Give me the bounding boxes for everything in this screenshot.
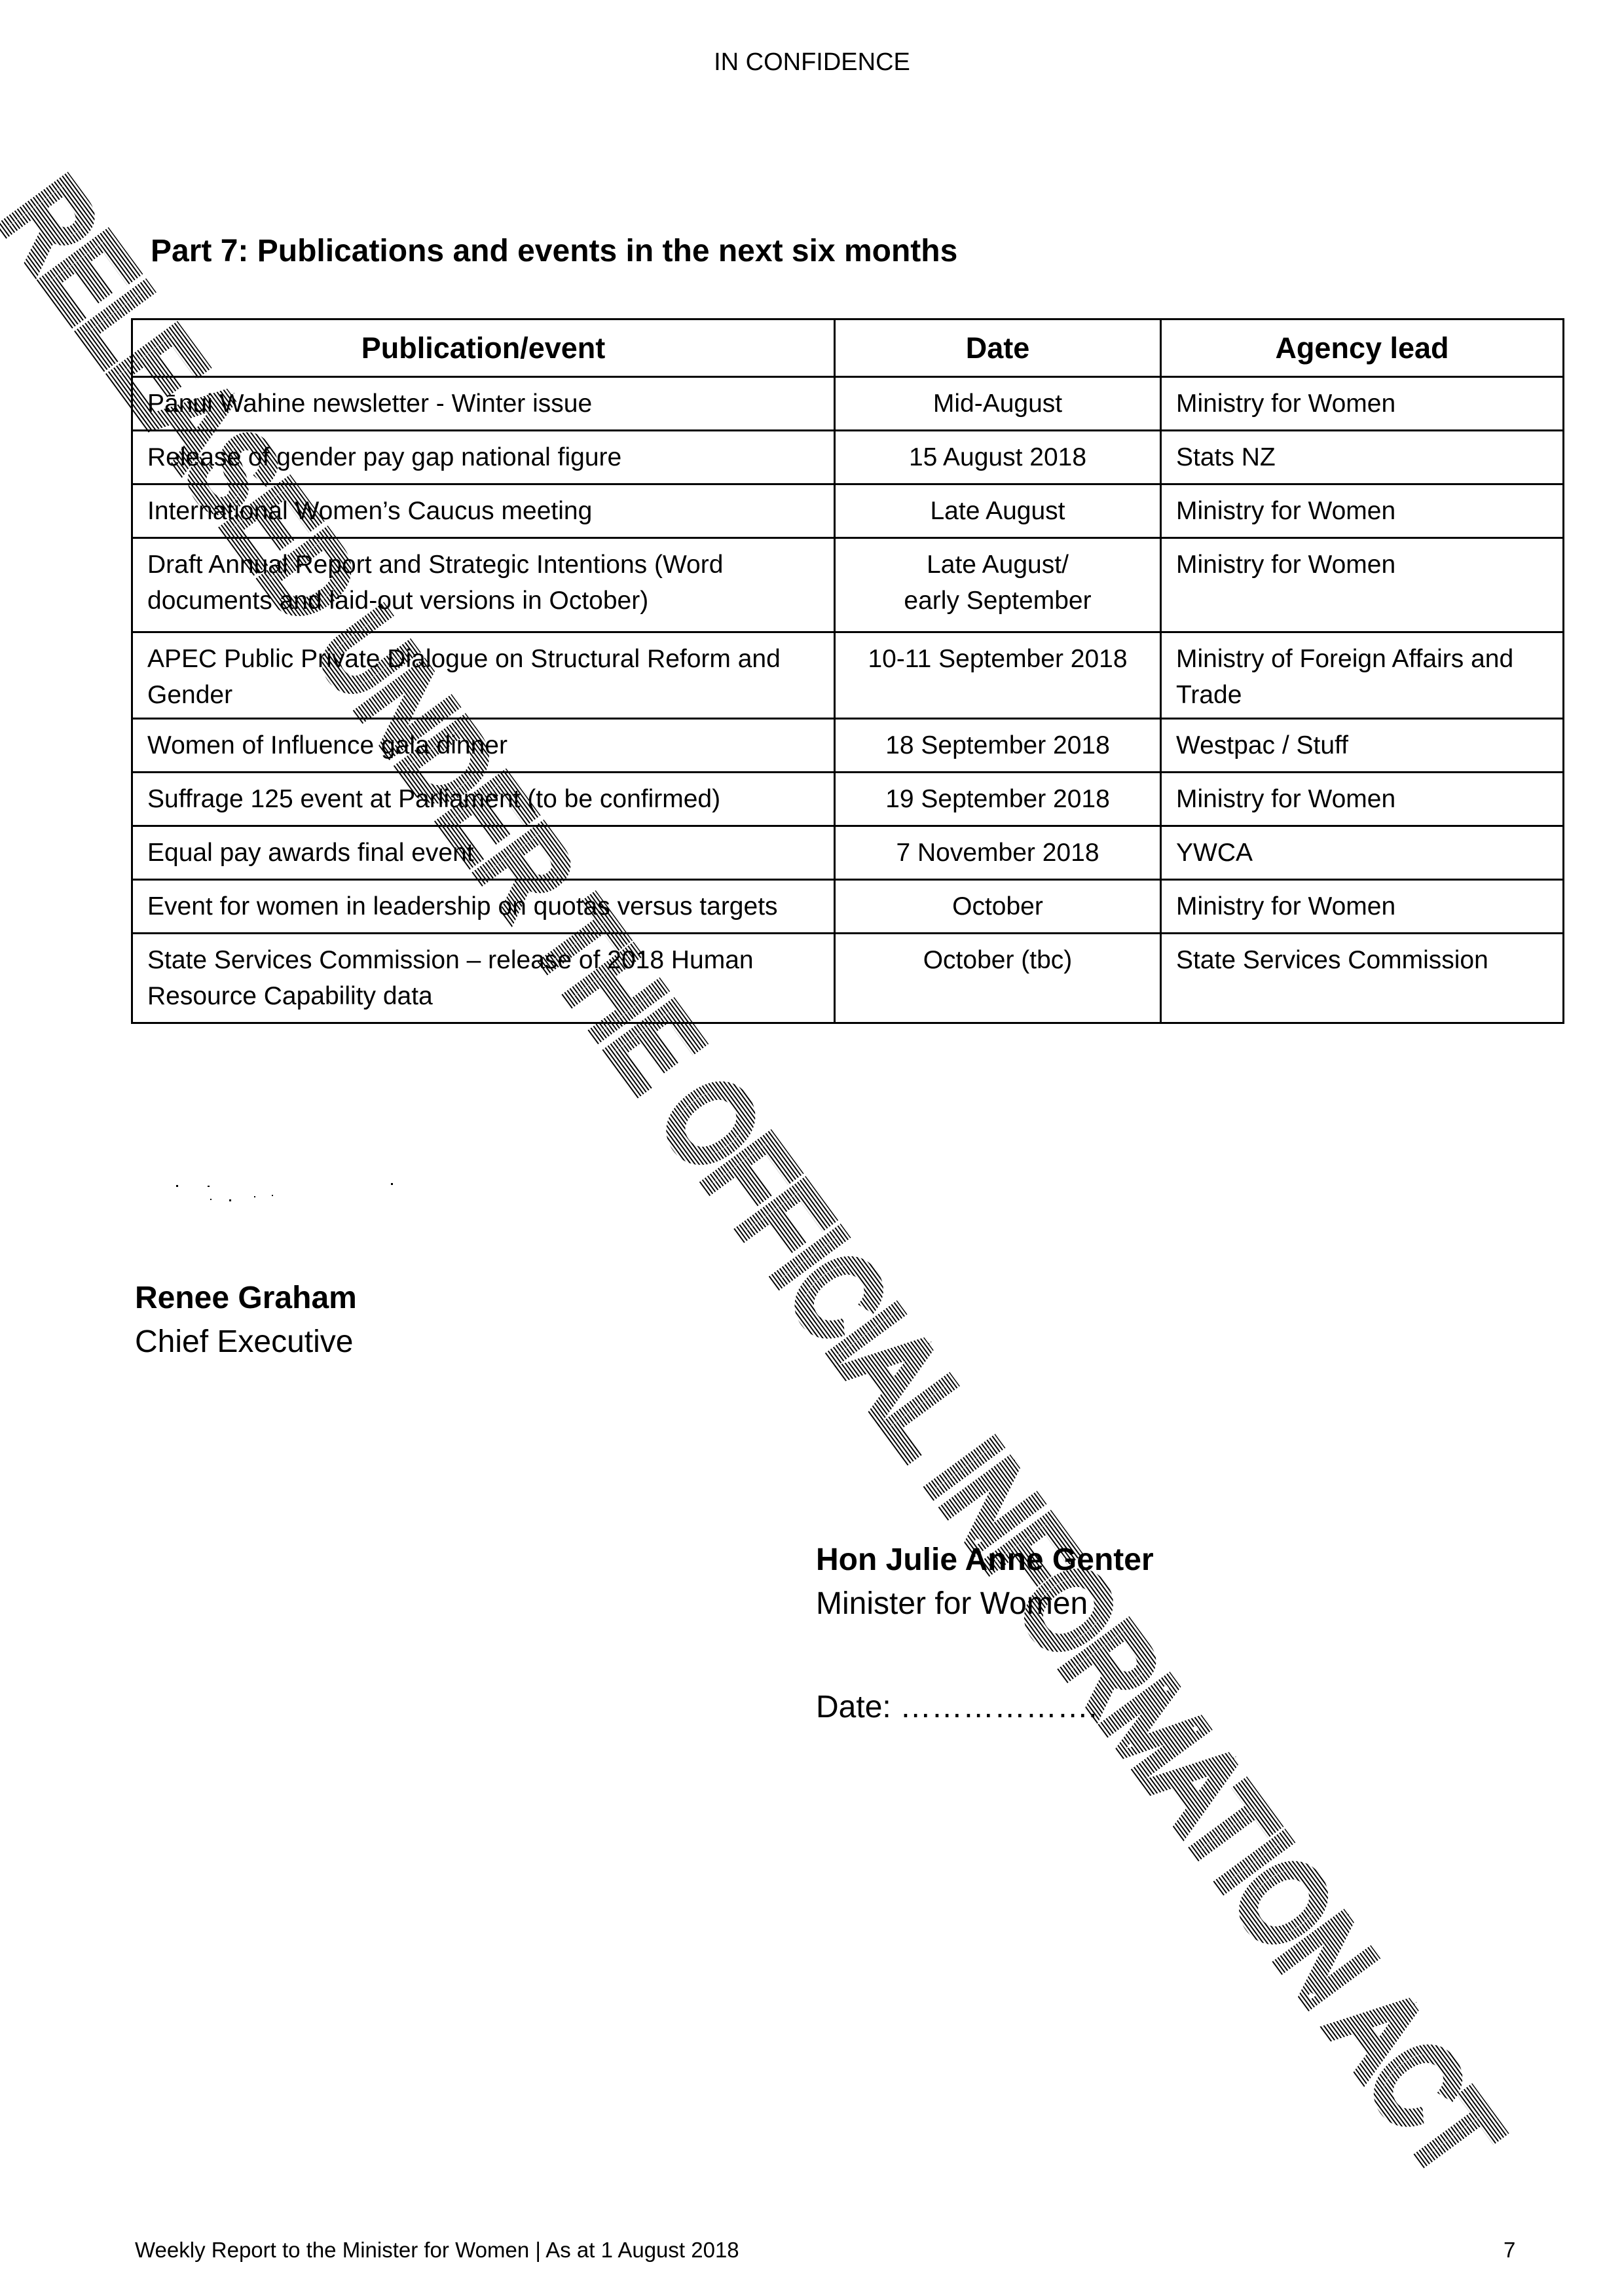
agency-cell: Stats NZ xyxy=(1161,431,1564,484)
minister-name: Hon Julie Anne Genter xyxy=(816,1542,1154,1578)
agency-cell: Ministry for Women xyxy=(1161,377,1564,431)
event-cell: Event for women in leadership on quotas … xyxy=(132,880,835,934)
event-cell: APEC Public Private Dialogue on Structur… xyxy=(132,632,835,719)
table-row: State Services Commission – release of 2… xyxy=(132,934,1564,1023)
column-header-event: Publication/event xyxy=(132,319,835,377)
event-cell: Women of Influence gala dinner xyxy=(132,719,835,773)
table-row: Event for women in leadership on quotas … xyxy=(132,880,1564,934)
signature-mark xyxy=(167,1182,416,1228)
agency-cell: YWCA xyxy=(1161,826,1564,880)
date-cell: 10-11 September 2018 xyxy=(835,632,1161,719)
event-cell: Draft Annual Report and Strategic Intent… xyxy=(132,538,835,632)
chief-executive-name: Renee Graham xyxy=(135,1280,357,1316)
signature-date-field: Date: ………………. xyxy=(816,1689,1097,1725)
date-cell: October (tbc) xyxy=(835,934,1161,1023)
date-cell: Late August xyxy=(835,484,1161,538)
agency-cell: Westpac / Stuff xyxy=(1161,719,1564,773)
page-number: 7 xyxy=(1504,2238,1515,2263)
event-cell: State Services Commission – release of 2… xyxy=(132,934,835,1023)
table-row: Pānui Wahine newsletter - Winter issueMi… xyxy=(132,377,1564,431)
agency-cell: State Services Commission xyxy=(1161,934,1564,1023)
agency-cell: Ministry for Women xyxy=(1161,538,1564,632)
agency-cell: Ministry for Women xyxy=(1161,773,1564,826)
footer-text: Weekly Report to the Minister for Women … xyxy=(135,2238,739,2263)
watermark-text-graphic: RELEASED UNDER THE OFFICIAL INFORMATION … xyxy=(82,157,88,164)
minister-title: Minister for Women xyxy=(816,1586,1088,1622)
section-title: Part 7: Publications and events in the n… xyxy=(151,233,957,269)
event-cell: Equal pay awards final event xyxy=(132,826,835,880)
classification-header: IN CONFIDENCE xyxy=(0,48,1624,77)
events-table: Publication/event Date Agency lead Pānui… xyxy=(131,318,1564,1024)
table-row: Suffrage 125 event at Parliament (to be … xyxy=(132,773,1564,826)
table-row: Release of gender pay gap national figur… xyxy=(132,431,1564,484)
table-row: APEC Public Private Dialogue on Structur… xyxy=(132,632,1564,719)
event-cell: Pānui Wahine newsletter - Winter issue xyxy=(132,377,835,431)
agency-cell: Ministry for Women xyxy=(1161,484,1564,538)
column-header-date: Date xyxy=(835,319,1161,377)
table-row: Equal pay awards final event7 November 2… xyxy=(132,826,1564,880)
date-cell: 19 September 2018 xyxy=(835,773,1161,826)
date-cell: Mid-August xyxy=(835,377,1161,431)
agency-cell: Ministry of Foreign Affairs and Trade xyxy=(1161,632,1564,719)
table-row: International Women’s Caucus meetingLate… xyxy=(132,484,1564,538)
table-row: Women of Influence gala dinner18 Septemb… xyxy=(132,719,1564,773)
table-header-row: Publication/event Date Agency lead xyxy=(132,319,1564,377)
event-cell: International Women’s Caucus meeting xyxy=(132,484,835,538)
date-cell: 18 September 2018 xyxy=(835,719,1161,773)
table-row: Draft Annual Report and Strategic Intent… xyxy=(132,538,1564,632)
event-cell: Suffrage 125 event at Parliament (to be … xyxy=(132,773,835,826)
agency-cell: Ministry for Women xyxy=(1161,880,1564,934)
event-cell: Release of gender pay gap national figur… xyxy=(132,431,835,484)
date-cell: October xyxy=(835,880,1161,934)
chief-executive-title: Chief Executive xyxy=(135,1324,354,1360)
date-cell: 7 November 2018 xyxy=(835,826,1161,880)
date-cell: 15 August 2018 xyxy=(835,431,1161,484)
column-header-agency: Agency lead xyxy=(1161,319,1564,377)
date-cell: Late August/ early September xyxy=(835,538,1161,632)
